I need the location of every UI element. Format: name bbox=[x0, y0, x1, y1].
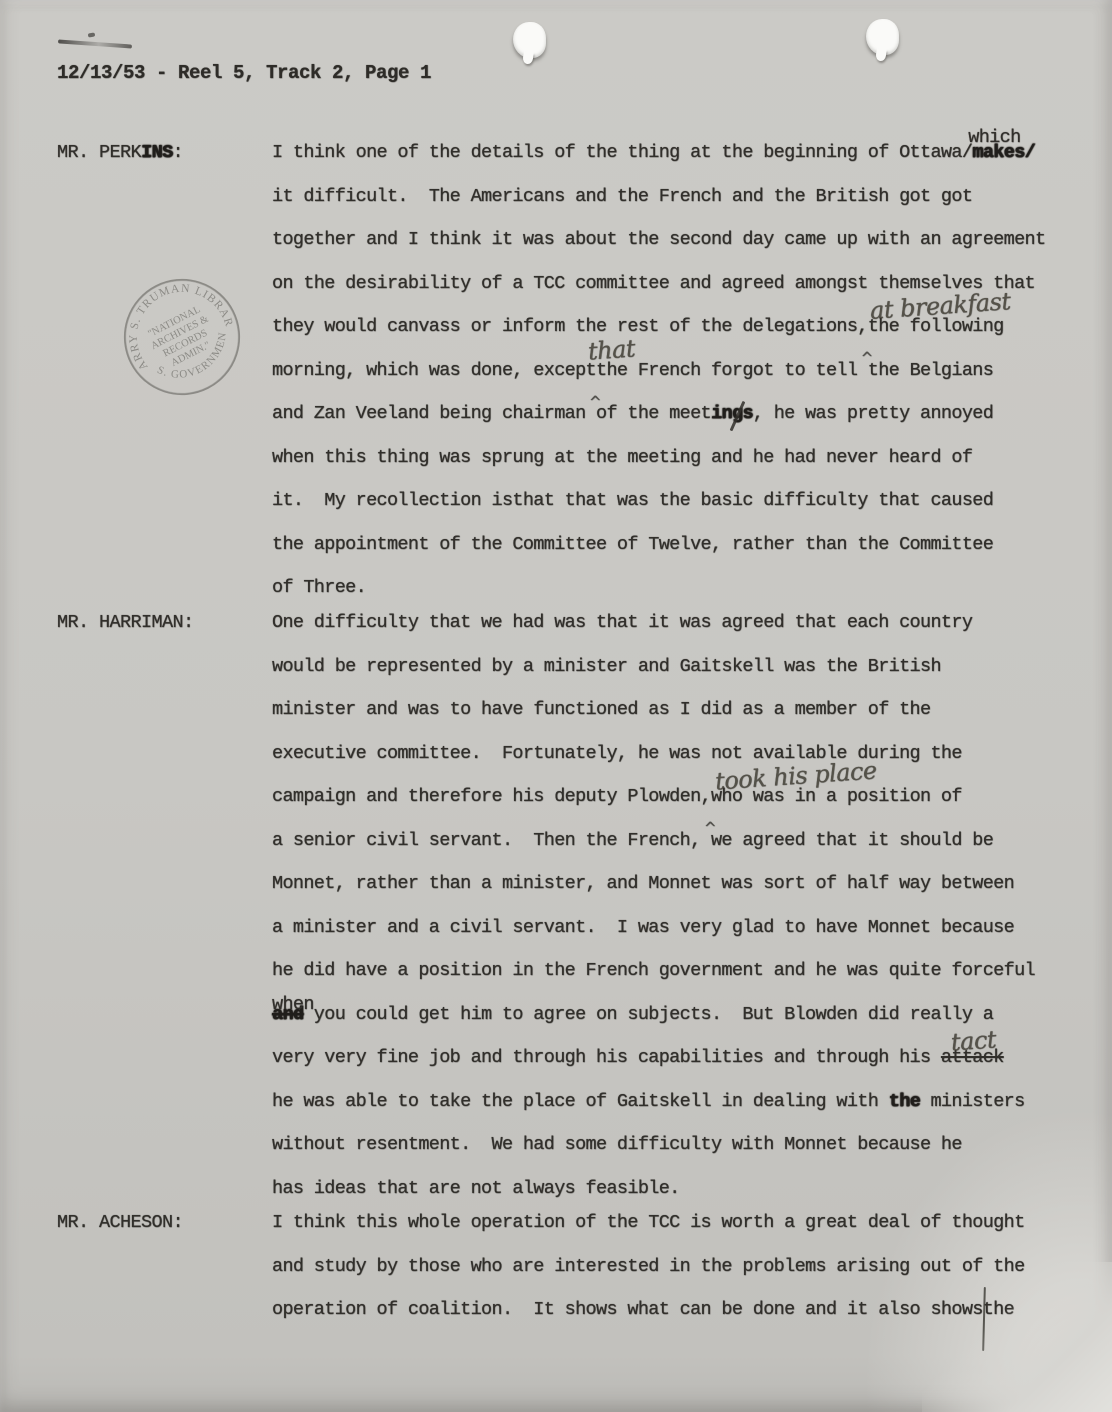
transcript-line: morning, which was done, except^thatthe … bbox=[272, 349, 1045, 393]
transcript-line: would be represented by a minister and G… bbox=[272, 645, 1035, 689]
transcript-line: operation of coalition. It shows what ca… bbox=[272, 1288, 1025, 1332]
punch-hole-tear bbox=[875, 48, 887, 61]
transcript-line: and study by those who are interested in… bbox=[272, 1245, 1025, 1289]
speaker-label-perkins: MR. PERKINS: bbox=[57, 131, 183, 175]
overtyped-text: the bbox=[889, 1091, 920, 1112]
line-text: the appointment of the Committee of Twel… bbox=[272, 534, 993, 555]
truman-library-stamp: HARRY S. TRUMAN LIBRARY U.S. GOVERNMENT … bbox=[116, 271, 248, 403]
ink-smudge-dot bbox=[88, 32, 96, 37]
transcript-line: together and I think it was about the se… bbox=[272, 218, 1045, 262]
line-text: you could get him to agree on subjects. … bbox=[303, 1004, 993, 1025]
handwritten-insertion: tact bbox=[949, 1018, 997, 1065]
line-text: very very fine job and through his capab… bbox=[272, 1047, 941, 1068]
line-text: without resentment. We had some difficul… bbox=[272, 1134, 962, 1155]
line-text: , he was pretty annoyed bbox=[753, 403, 993, 424]
line-text: when this thing was sprung at the meetin… bbox=[272, 447, 972, 468]
line-text: he did have a position in the French gov… bbox=[272, 960, 1035, 981]
transcript-line: it difficult. The Americans and the Fren… bbox=[272, 175, 1045, 219]
transcript-line: when this thing was sprung at the meetin… bbox=[272, 436, 1045, 480]
transcript-line: minister and was to have functioned as I… bbox=[272, 688, 1035, 732]
line-text: I think this whole operation of the TCC … bbox=[272, 1212, 1025, 1233]
line-text: he was able to take the place of Gaitske… bbox=[272, 1091, 889, 1112]
transcript-line: they would canvass or inform the rest of… bbox=[272, 305, 1045, 349]
speaker-label-acheson: MR. ACHESON: bbox=[57, 1201, 183, 1245]
line-text: a senior civil servant. Then the French,… bbox=[272, 830, 993, 851]
transcript-line: he did have a position in the French gov… bbox=[272, 949, 1035, 993]
scanned-document-page: 12/13/53 - Reel 5, Track 2, Page 1 HARRY… bbox=[0, 0, 1112, 1412]
transcript-line: it. My recollection isthat that was the … bbox=[272, 479, 1045, 523]
transcript-line: a minister and a civil servant. I was ve… bbox=[272, 906, 1035, 950]
transcript-line: campaign and therefore his deputy Plowde… bbox=[272, 775, 1035, 819]
line-text: it difficult. The Americans and the Fren… bbox=[272, 186, 972, 207]
line-text: a minister and a civil servant. I was ve… bbox=[272, 917, 1014, 938]
page-corner-fold bbox=[922, 1262, 1112, 1412]
line-text: and Zan Veeland being chairman of the me… bbox=[272, 403, 711, 424]
punch-hole-right bbox=[866, 19, 899, 55]
ink-smudge bbox=[58, 39, 132, 48]
transcript-line: the appointment of the Committee of Twel… bbox=[272, 523, 1045, 567]
line-text: minister and was to have functioned as I… bbox=[272, 699, 930, 720]
line-text: it. My recollection isthat that was the … bbox=[272, 490, 993, 511]
line-text: One difficulty that we had was that it w… bbox=[272, 612, 972, 633]
transcript-line: very very fine job and through his capab… bbox=[272, 1036, 1035, 1080]
transcript-line: whenand you could get him to agree on su… bbox=[272, 993, 1035, 1037]
overtyped-text: INS bbox=[141, 142, 173, 163]
line-text: would be represented by a minister and G… bbox=[272, 656, 941, 677]
transcript-line: without resentment. We had some difficul… bbox=[272, 1123, 1035, 1167]
transcript-line: a senior civil servant. Then the French,… bbox=[272, 819, 1035, 863]
line-text: Monnet, rather than a minister, and Monn… bbox=[272, 873, 1014, 894]
transcript-line: Monnet, rather than a minister, and Monn… bbox=[272, 862, 1035, 906]
page-header: 12/13/53 - Reel 5, Track 2, Page 1 bbox=[57, 62, 431, 84]
speaker-text: : bbox=[173, 142, 184, 163]
line-text: together and I think it was about the se… bbox=[272, 229, 1045, 250]
handwritten-insertion: that bbox=[587, 327, 637, 374]
punch-hole-left bbox=[513, 22, 546, 58]
line-text: has ideas that are not always feasible. bbox=[272, 1178, 680, 1199]
transcript-line: he was able to take the place of Gaitske… bbox=[272, 1080, 1035, 1124]
line-text: I think one of the details of the thing … bbox=[272, 142, 972, 163]
speaker-text: MR. PERK bbox=[57, 142, 141, 163]
transcript-line: I think this whole operation of the TCC … bbox=[272, 1201, 1025, 1245]
speaker-label-harriman: MR. HARRIMAN: bbox=[57, 601, 194, 645]
typed-insertion: which bbox=[968, 116, 1020, 160]
line-text: they would canvass or inform the rest of… bbox=[272, 316, 868, 337]
line-text: and study by those who are interested in… bbox=[272, 1256, 1025, 1277]
transcript-line: I think one of the details of the thing … bbox=[272, 131, 1045, 175]
line-text: ministers bbox=[920, 1091, 1025, 1112]
line-text: morning, which was done, except bbox=[272, 360, 596, 381]
punch-hole-tear bbox=[522, 51, 534, 64]
typed-insertion: when bbox=[272, 983, 314, 1027]
line-text: campaign and therefore his deputy Plowde… bbox=[272, 786, 711, 807]
line-text: operation of coalition. It shows what ca… bbox=[272, 1299, 983, 1320]
transcript-line: One difficulty that we had was that it w… bbox=[272, 601, 1035, 645]
transcript-line: and Zan Veeland being chairman of the me… bbox=[272, 392, 1045, 436]
overtyped-text: ings bbox=[711, 403, 753, 424]
line-text: of Three. bbox=[272, 577, 366, 598]
line-text: the French forgot to tell the Belgians bbox=[596, 360, 993, 381]
transcript-line: executive committee. Fortunately, he was… bbox=[272, 732, 1035, 776]
